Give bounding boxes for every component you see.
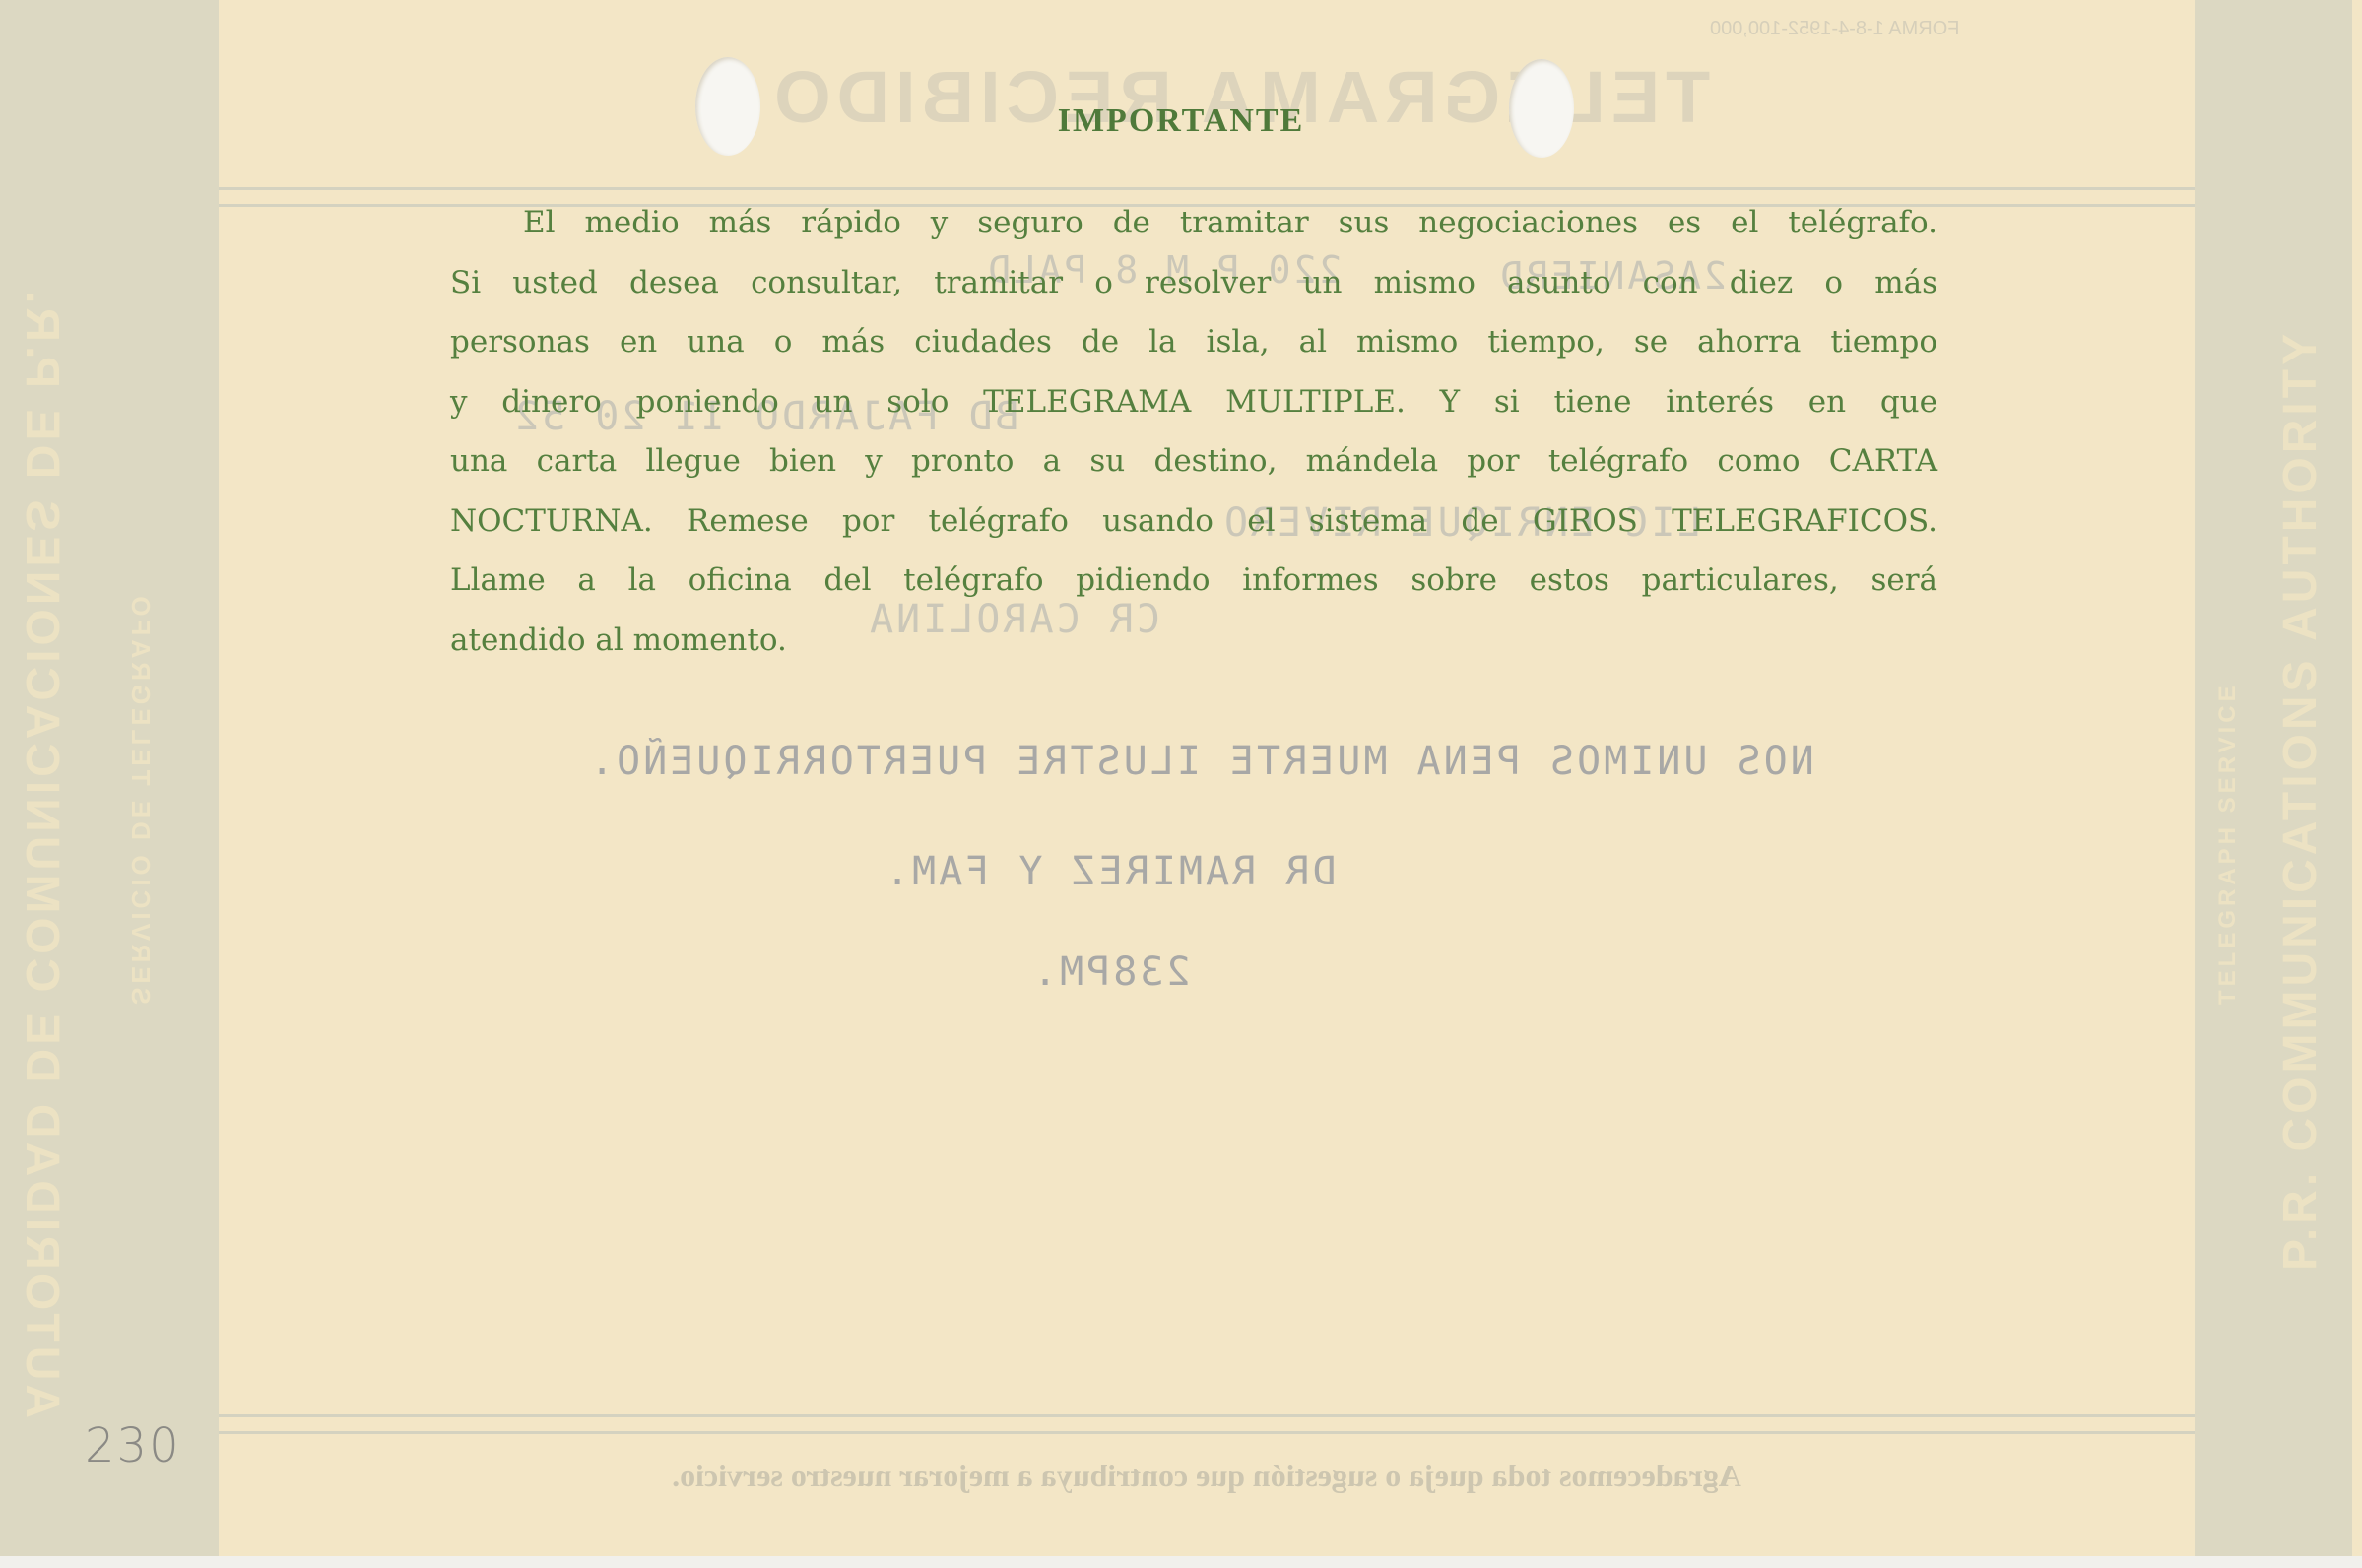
telegram-sheet: AUTORIDAD DE COMUNICACIONES DE P.R. SERV…	[0, 0, 2362, 1556]
paragraph-line: NOCTURNA. Remese por telégrafo usando el…	[450, 491, 1937, 552]
right-side-strip: P.R. COMMUNICATIONS AUTHORITY TELEGRAPH …	[2195, 0, 2352, 1556]
typed-message-line-1: NOS UNIMOS PENA MUERTE ILUSTRE PUERTORRI…	[587, 739, 1814, 784]
bottom-rule-divider	[219, 1414, 2195, 1434]
importante-paragraph: El medio más rápido y seguro de tramitar…	[450, 193, 1937, 670]
left-strip-subtitle: SERVICIO DE TELEGRAFO	[125, 592, 156, 1005]
form-number-showthrough: FORMA 1-8-4-1952-100,000	[1710, 18, 1959, 40]
left-strip-title: AUTORIDAD DE COMUNICACIONES DE P.R.	[15, 287, 69, 1418]
paragraph-line: y dinero poniendo un solo TELEGRAMA MULT…	[450, 372, 1937, 432]
paragraph-line: una carta llegue bien y pronto a su dest…	[450, 431, 1937, 491]
left-side-strip: AUTORIDAD DE COMUNICACIONES DE P.R. SERV…	[0, 0, 219, 1556]
paragraph-line: Si usted desea consultar, tramitar o res…	[450, 253, 1937, 313]
footer-showthrough: Agradecemos toda queja o sugestión que c…	[424, 1458, 1990, 1494]
paragraph-line: El medio más rápido y seguro de tramitar…	[450, 193, 1937, 253]
right-strip-subtitle: TELEGRAPH SERVICE	[2214, 682, 2242, 1005]
typed-message-line-2: DR RAMIREZ Y FAM.	[883, 849, 1336, 894]
paragraph-line: atendido al momento.	[450, 611, 1937, 671]
paragraph-line: personas en una o más ciudades de la isl…	[450, 312, 1937, 372]
right-strip-title: P.R. COMMUNICATIONS AUTHORITY	[2273, 330, 2328, 1271]
importante-heading: IMPORTANTE	[0, 102, 2362, 140]
typed-message-line-3: 238PM.	[1030, 949, 1191, 995]
handwritten-page-number: 230	[85, 1418, 181, 1473]
paragraph-line: Llame a la oficina del telégrafo pidiend…	[450, 551, 1937, 611]
